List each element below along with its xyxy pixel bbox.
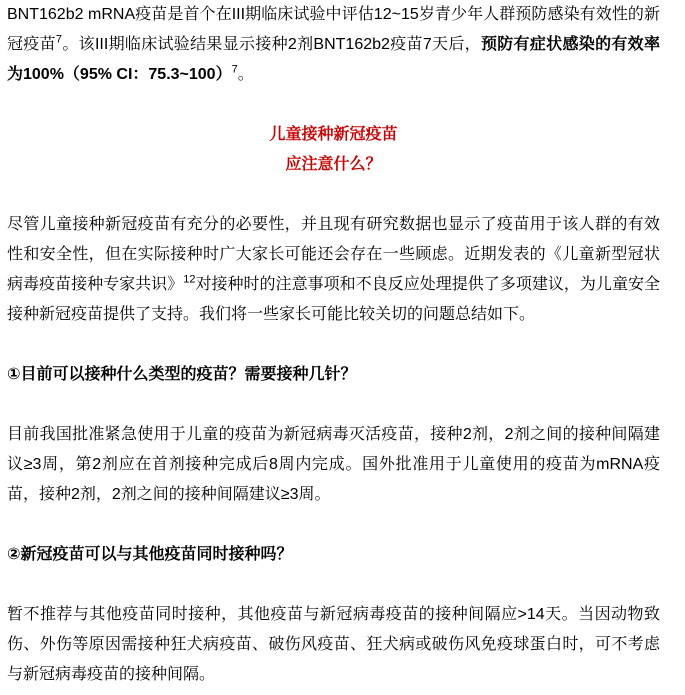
question-1-answer: 目前我国批准紧急使用于儿童的疫苗为新冠病毒灭活疫苗，接种2剂，2剂之间的接种间隔…: [7, 420, 660, 510]
question-2-answer: 暂不推荐与其他疫苗同时接种，其他疫苗与新冠病毒疫苗的接种间隔应>14天。当因动物…: [7, 600, 660, 690]
intro-paragraph: BNT162b2 mRNA疫苗是首个在III期临床试验中评估12~15岁青少年人…: [7, 0, 660, 90]
red-title-line-2: 应注意什么？: [285, 156, 381, 173]
question-1-heading: ①目前可以接种什么类型的疫苗？需要接种几针？: [7, 360, 660, 390]
red-title-heading: 儿童接种新冠疫苗应注意什么？: [7, 120, 660, 180]
reference-superscript-12: 12: [183, 274, 195, 286]
overview-paragraph: 尽管儿童接种新冠疫苗有充分的必要性，并且现有研究数据也显示了疫苗用于该人群的有效…: [7, 210, 660, 330]
intro-text-2: 。该III期临床试验结果显示接种2剂BNT162b2疫苗7天后，: [62, 36, 481, 53]
intro-text-3: 。: [238, 66, 254, 83]
document-body: BNT162b2 mRNA疫苗是首个在III期临床试验中评估12~15岁青少年人…: [0, 0, 685, 690]
question-2-heading: ②新冠疫苗可以与其他疫苗同时接种吗？: [7, 540, 660, 570]
red-title-line-1: 儿童接种新冠疫苗: [269, 126, 397, 143]
